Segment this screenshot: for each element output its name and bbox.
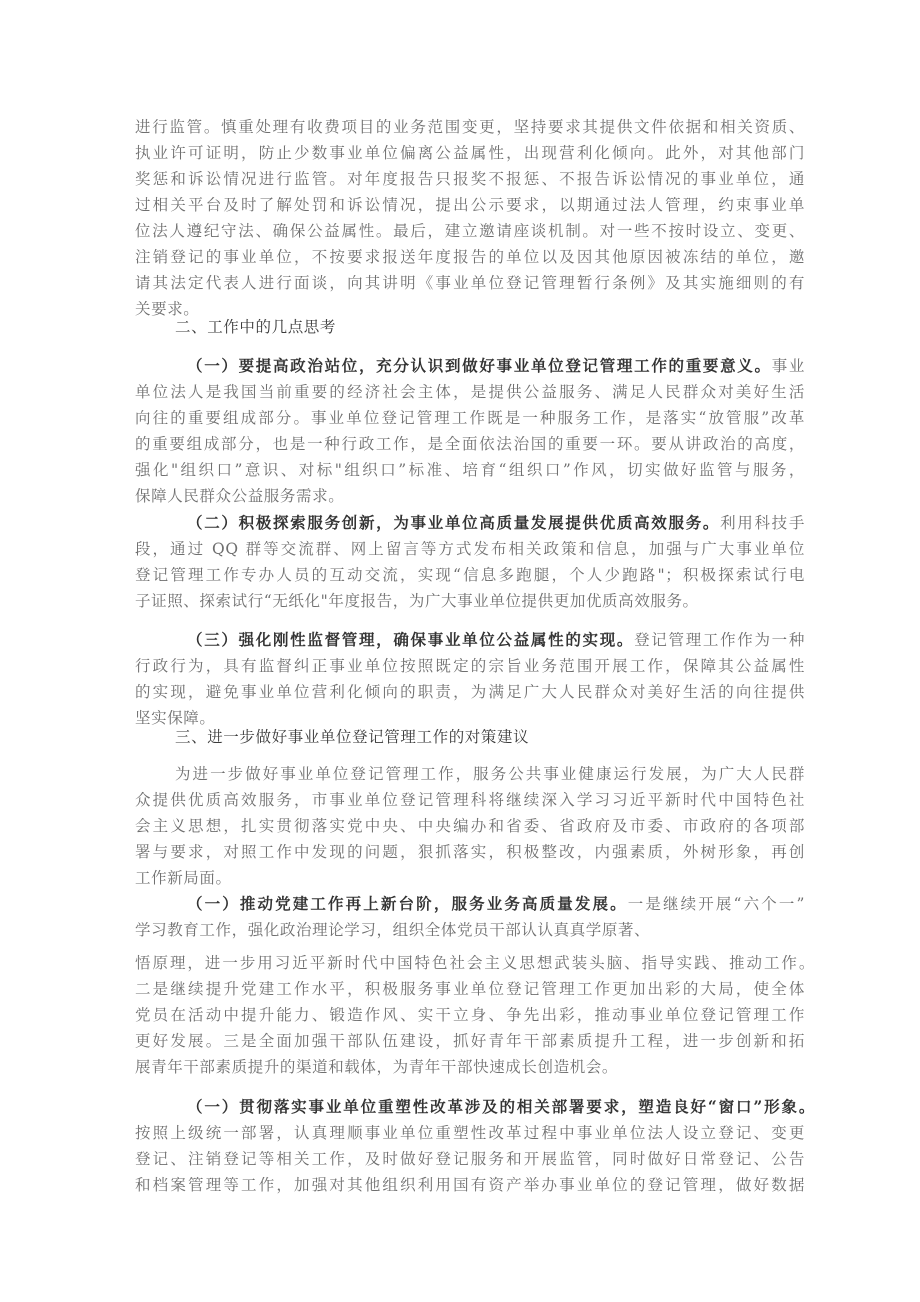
section-heading: 三、进一步做好事业单位登记管理工作的对策建议 [135, 724, 805, 750]
body-text: 登记管理工作作为一种 [634, 631, 805, 649]
body-line: 和档案管理等工作，加强对其他组织利用国有资产举办事业单位的登记管理，做好数据 [135, 1172, 805, 1198]
subheading-line: （一）贯彻落实事业单位重塑性改革涉及的相关部署要求，塑造良好“窗口”形象。 [135, 1094, 815, 1120]
body-line: 进行监管。慎重处理有收费项目的业务范围变更，坚持要求其提供文件依据和相关资质、 [135, 114, 805, 140]
body-line: 按照上级统一部署，认真理顺事业单位重塑性改革过程中事业单位法人设立登记、变更 [135, 1120, 805, 1146]
body-line: 位法人遵纪守法、确保公益属性。最后，建立邀请座谈机制。对一些不按时设立、变更、 [135, 218, 805, 244]
body-line: 执业许可证明，防止少数事业单位偏离公益属性，出现营利化倾向。此外，对其他部门 [135, 140, 805, 166]
body-text: 利用科技手 [720, 514, 805, 532]
body-line: 会主义思想，扎实贯彻落实党中央、中央编办和省委、省政府及市委、市政府的各项部 [135, 813, 805, 839]
body-line: 悟原理，进一步用习近平新时代中国特色社会主义思想武装头脑、指导实践、推动工作。 [135, 950, 815, 976]
body-line: 行政行为，具有监督纠正事业单位按照既定的宗旨业务范围开展工作，保障其公益属性 [135, 653, 805, 679]
body-line: 众提供优质高效服务，市事业单位登记管理科将继续深入学习习近平新时代中国特色社 [135, 787, 805, 813]
body-line: 的重要组成部分，也是一种行政工作，是全面依法治国的重要一环。要从讲政治的高度， [135, 431, 805, 457]
body-line: 过相关平台及时了解处罚和诉讼情况，提出公示要求，以期通过法人管理，约束事业单 [135, 192, 805, 218]
subheading-bold: （一）推动党建工作再上新台阶，服务业务高质量发展。 [187, 894, 628, 913]
subheading-bold: （二）积极探索服务创新，为事业单位高质量发展提供优质高效服务。 [187, 513, 720, 532]
subheading-line: （二）积极探索服务创新，为事业单位高质量发展提供优质高效服务。利用科技手 [135, 510, 805, 536]
subheading-bold: （三）强化刚性监督管理，确保事业单位公益属性的实现。 [187, 630, 634, 649]
body-line: 单位法人是我国当前重要的经济社会主体，是提供公益服务、满足人民群众对美好生活 [135, 379, 805, 405]
body-line: 登记、注销登记等相关工作，及时做好登记服务和开展监管，同时做好日常登记、公告 [135, 1146, 805, 1172]
body-line: 学习教育工作，强化政治理论学习，组织全体党员干部认认真真学原著、 [135, 917, 805, 943]
body-line: 强化"组织口”意识、对标"组织口”标准、培育“组织口”作风，切实做好监管与服务， [135, 457, 805, 483]
body-line: 为进一步做好事业单位登记管理工作，服务公共事业健康运行发展，为广大人民群 [135, 761, 805, 787]
body-line: 二是继续提升党建工作水平，积极服务事业单位登记管理工作更加出彩的大局，使全体 [135, 976, 805, 1002]
body-line: 保障人民群众公益服务需求。 [135, 483, 805, 509]
body-line: 党员在活动中提升能力、锻造作风、实干立身、争先出彩，推动事业单位登记管理工作 [135, 1002, 805, 1028]
subheading-bold: （一）要提高政治站位，充分认识到做好事业单位登记管理工作的重要意义。 [187, 356, 772, 375]
body-line: 更好发展。三是全面加强干部队伍建设，抓好青年干部素质提升工程，进一步创新和拓 [135, 1028, 805, 1054]
subheading-line: （三）强化刚性监督管理，确保事业单位公益属性的实现。登记管理工作作为一种 [135, 627, 805, 653]
body-line: 注销登记的事业单位，不按要求报送年度报告的单位以及因其他原因被冻结的单位，邀 [135, 244, 805, 270]
body-line: 请其法定代表人进行面谈，向其讲明《事业单位登记管理暂行条例》及其实施细则的有 [135, 270, 805, 296]
body-line: 登记管理工作专办人员的互动交流，实现“信息多跑腿，个人少跑路"；积极探索试行电 [135, 562, 805, 588]
subheading-bold: （一）贯彻落实事业单位重塑性改革涉及的相关部署要求，塑造良好“窗口”形象。 [187, 1097, 815, 1116]
body-line: 向往的重要组成部分。事业单位登记管理工作既是一种服务工作，是落实“放管服”改革 [135, 405, 805, 431]
body-line: 署与要求，对照工作中发现的问题，狠抓落实，积极整改，内强素质，外树形象，再创 [135, 839, 805, 865]
subheading-line: （一）推动党建工作再上新台阶，服务业务高质量发展。一是继续开展“六个一” [135, 891, 805, 917]
subheading-line: （一）要提高政治站位，充分认识到做好事业单位登记管理工作的重要意义。事业 [135, 353, 805, 379]
body-line: 的实现，避免事业单位营利化倾向的职责，为满足广大人民群众对美好生活的向往提供 [135, 679, 805, 705]
body-text: 事业 [772, 357, 805, 375]
body-line: 展青年干部素质提升的渠道和载体，为青年干部快速成长创造机会。 [135, 1054, 805, 1080]
section-heading: 二、工作中的几点思考 [135, 314, 805, 340]
body-line: 段，通过 QQ 群等交流群、网上留言等方式发布相关政策和信息，加强与广大事业单位 [135, 536, 805, 562]
body-line: 工作新局面。 [135, 865, 805, 891]
document-page: 进行监管。慎重处理有收费项目的业务范围变更，坚持要求其提供文件依据和相关资质、 … [0, 0, 920, 1302]
body-text: 一是继续开展“六个一” [628, 895, 805, 913]
body-line: 子证照、探索试行“无纸化"年度报告，为广大事业单位提供更加优质高效服务。 [135, 588, 805, 614]
body-line: 奖惩和诉讼情况进行监管。对年度报告只报奖不报惩、不报告诉讼情况的事业单位，通 [135, 166, 805, 192]
